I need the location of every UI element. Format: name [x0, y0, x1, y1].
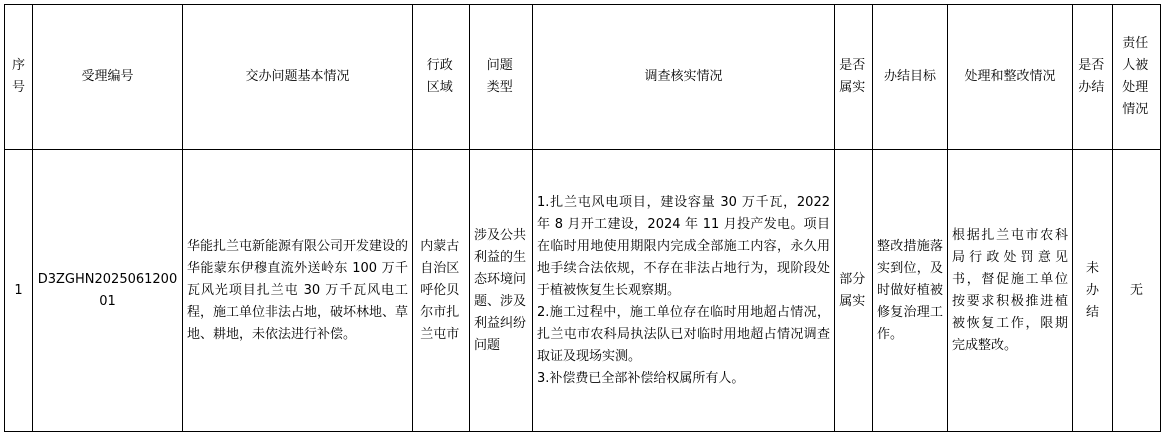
col-header-acceptance-no: 受理编号: [33, 5, 183, 150]
cell-is-closed: 未办结: [1073, 150, 1113, 432]
cell-acceptance-no: D3ZGHN202506120001: [33, 150, 183, 432]
col-header-is-closed-label: 是否办结: [1078, 55, 1107, 99]
col-header-seq-label: 序号: [11, 55, 27, 99]
cell-is-true-text: 部分属实: [839, 269, 868, 313]
cell-investigation: 1.扎兰屯风电项目，建设容量 30 万千瓦，2022 年 8 月开工建设，202…: [533, 150, 835, 432]
col-header-region-label: 行政区域: [427, 55, 456, 99]
cell-problem: 华能扎兰屯新能源有限公司开发建设的华能蒙东伊穆直流外送岭东 100 万千瓦风光项…: [183, 150, 413, 432]
col-header-seq: 序号: [5, 5, 33, 150]
header-row: 序号 受理编号 交办问题基本情况 行政区域 问题类型 调查核实情况 是否属实 办…: [5, 5, 1161, 150]
investigation-item-1: 1.扎兰屯风电项目，建设容量 30 万千瓦，2022 年 8 月开工建设，202…: [537, 192, 830, 302]
cell-handling: 根据扎兰屯市农科局行政处罚意见书，督促施工单位按要求积极推进植被恢复工作，限期完…: [948, 150, 1073, 432]
cell-responsible: 无: [1113, 150, 1161, 432]
cell-problem-type-text: 涉及公共利益的生态环境问题、涉及利益纠纷问题: [474, 225, 529, 357]
col-header-handling: 处理和整改情况: [948, 5, 1073, 150]
col-header-is-true: 是否属实: [835, 5, 873, 150]
petition-handling-table: 序号 受理编号 交办问题基本情况 行政区域 问题类型 调查核实情况 是否属实 办…: [4, 4, 1161, 432]
col-header-goal-label: 办结目标: [884, 69, 936, 84]
cell-goal: 整改措施落实到位，及时做好植被修复治理工作。: [873, 150, 948, 432]
col-header-is-true-label: 是否属实: [839, 55, 868, 99]
col-header-problem-label: 交办问题基本情况: [245, 69, 349, 84]
col-header-goal: 办结目标: [873, 5, 948, 150]
investigation-item-3: 3.补偿费已全部补偿给权属所有人。: [537, 368, 830, 390]
col-header-problem-type-label: 问题类型: [487, 55, 516, 99]
col-header-investigation-label: 调查核实情况: [644, 69, 722, 84]
col-header-problem-type: 问题类型: [470, 5, 533, 150]
col-header-is-closed: 是否办结: [1073, 5, 1113, 150]
investigation-item-2: 2.施工过程中，施工单位存在临时用地超占情况，扎兰屯市农科局执法队已对临时用地超…: [537, 302, 830, 368]
table-row: 1 D3ZGHN202506120001 华能扎兰屯新能源有限公司开发建设的华能…: [5, 150, 1161, 432]
col-header-responsible-label: 责任人被处理情况: [1122, 33, 1151, 121]
cell-region: 内蒙古自治区呼伦贝尔市扎兰屯市: [413, 150, 470, 432]
col-header-responsible: 责任人被处理情况: [1113, 5, 1161, 150]
cell-problem-type: 涉及公共利益的生态环境问题、涉及利益纠纷问题: [470, 150, 533, 432]
col-header-investigation: 调查核实情况: [533, 5, 835, 150]
col-header-acceptance-no-label: 受理编号: [81, 69, 133, 84]
cell-seq: 1: [5, 150, 33, 432]
col-header-problem: 交办问题基本情况: [183, 5, 413, 150]
cell-is-closed-text: 未办结: [1085, 258, 1101, 324]
cell-is-true: 部分属实: [835, 150, 873, 432]
col-header-handling-label: 处理和整改情况: [964, 69, 1055, 84]
col-header-region: 行政区域: [413, 5, 470, 150]
cell-region-text: 内蒙古自治区呼伦贝尔市扎兰屯市: [420, 236, 462, 346]
